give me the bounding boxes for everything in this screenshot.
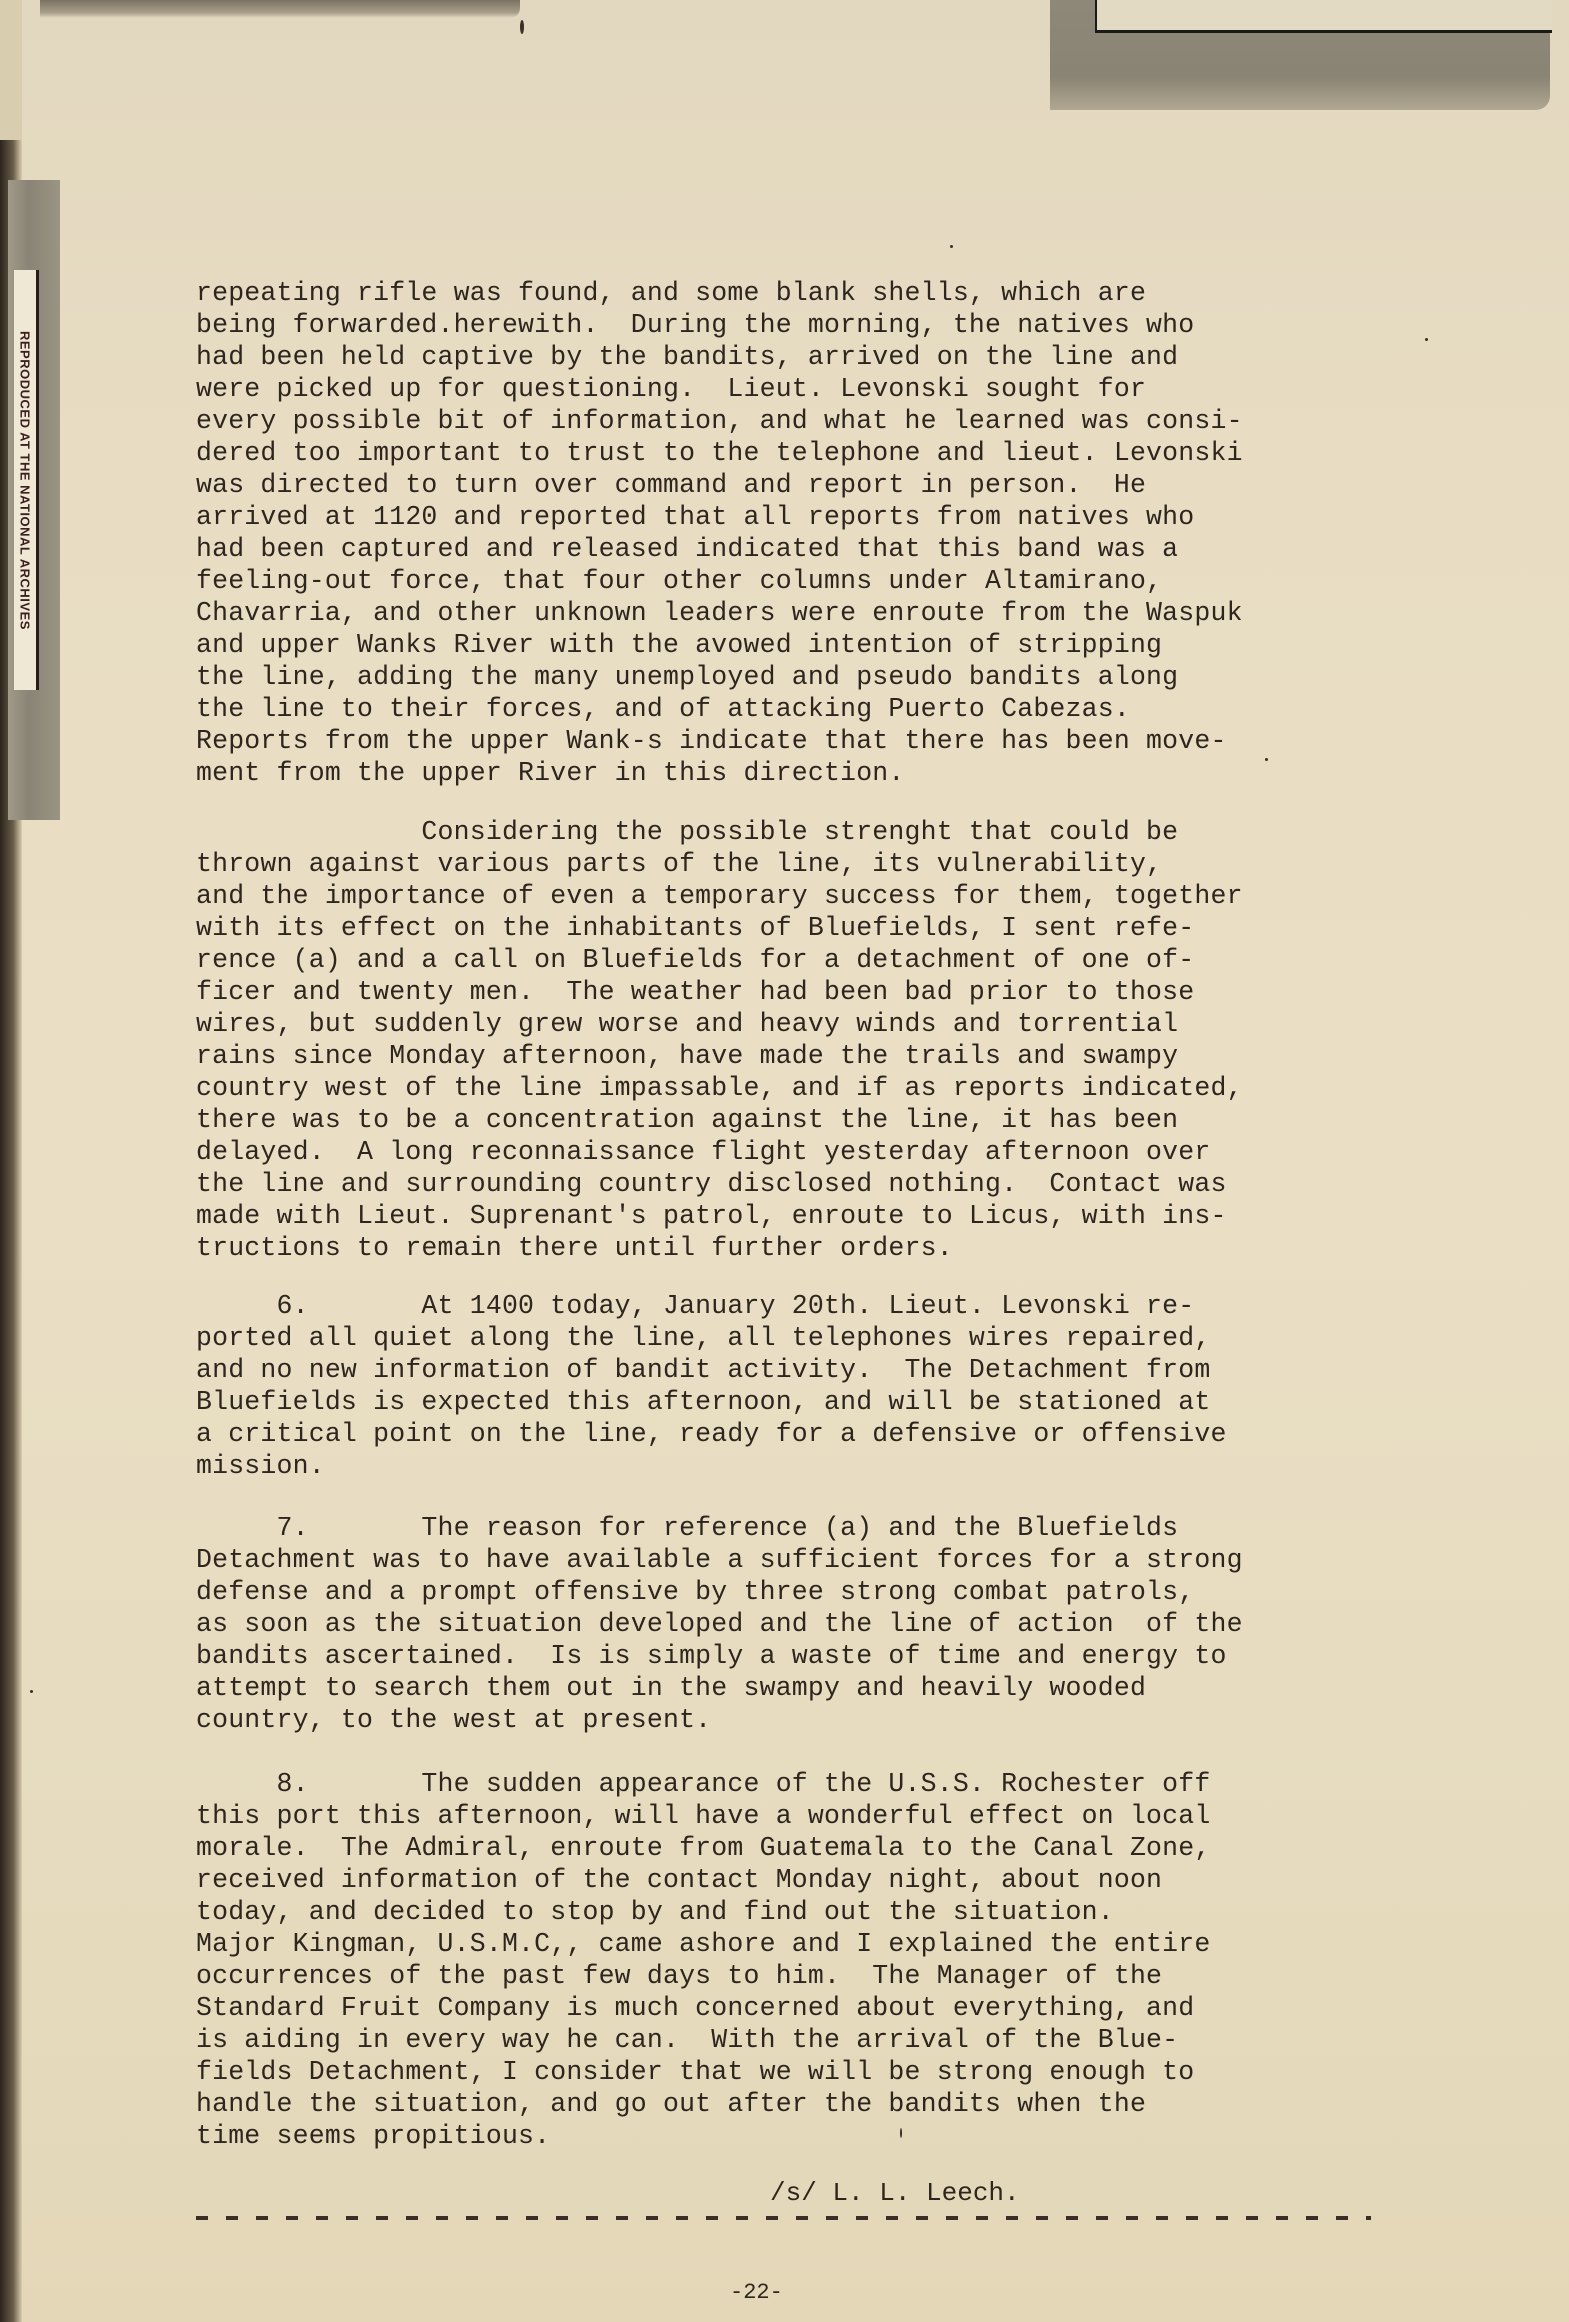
text-line: Major Kingman, U.S.M.C,, came ashore and… (196, 1928, 1210, 1960)
text-line: wires, but suddenly grew worse and heavy… (196, 1008, 1243, 1040)
text-line: Detachment was to have available a suffi… (196, 1544, 1243, 1576)
text-line: rains since Monday afternoon, have made … (196, 1040, 1243, 1072)
text-line: had been captured and released indicated… (196, 533, 1243, 565)
text-line: fields Detachment, I consider that we wi… (196, 2056, 1210, 2088)
scan-shadow-top-right (1050, 0, 1550, 110)
text-line: as soon as the situation developed and t… (196, 1608, 1243, 1640)
text-line: had been held captive by the bandits, ar… (196, 341, 1243, 373)
text-line: made with Lieut. Suprenant's patrol, enr… (196, 1200, 1243, 1232)
text-line: with its effect on the inhabitants of Bl… (196, 912, 1243, 944)
paragraph-intro-continuation: repeating rifle was found, and some blan… (196, 277, 1243, 789)
text-line: delayed. A long reconnaissance flight ye… (196, 1136, 1243, 1168)
paper-tab (1095, 0, 1552, 33)
text-line: a critical point on the line, ready for … (196, 1418, 1227, 1450)
archive-stamp-text: REPRODUCED AT THE NATIONAL ARCHIVES (18, 331, 33, 630)
text-line: Chavarria, and other unknown leaders wer… (196, 597, 1243, 629)
text-line: ment from the upper River in this direct… (196, 757, 1243, 789)
text-line: 8. The sudden appearance of the U.S.S. R… (196, 1768, 1210, 1800)
scan-speck (950, 245, 953, 248)
text-line: there was to be a concentration against … (196, 1104, 1243, 1136)
text-line: dered too important to trust to the tele… (196, 437, 1243, 469)
text-line: the line, adding the many unemployed and… (196, 661, 1243, 693)
text-line: arrived at 1120 and reported that all re… (196, 501, 1243, 533)
text-line: country west of the line impassable, and… (196, 1072, 1243, 1104)
scan-shadow-top-left (40, 0, 520, 18)
text-line: country, to the west at present. (196, 1704, 1243, 1736)
text-line: Bluefields is expected this afternoon, a… (196, 1386, 1227, 1418)
text-line: the line to their forces, and of attacki… (196, 693, 1243, 725)
text-line: ficer and twenty men. The weather had be… (196, 976, 1243, 1008)
text-line: the line and surrounding country disclos… (196, 1168, 1243, 1200)
scan-speck (1265, 758, 1268, 761)
text-line: 6. At 1400 today, January 20th. Lieut. L… (196, 1290, 1227, 1322)
paragraph-considering: Considering the possible strenght that c… (196, 816, 1243, 1264)
scan-speck (900, 2128, 902, 2138)
text-line: Reports from the upper Wank-s indicate t… (196, 725, 1243, 757)
scan-speck (520, 20, 524, 34)
text-line: bandits ascertained. Is is simply a wast… (196, 1640, 1243, 1672)
text-line: was directed to turn over command and re… (196, 469, 1243, 501)
text-line: occurrences of the past few days to him.… (196, 1960, 1210, 1992)
text-line: Standard Fruit Company is much concerned… (196, 1992, 1210, 2024)
text-line: defense and a prompt offensive by three … (196, 1576, 1243, 1608)
text-line: repeating rifle was found, and some blan… (196, 277, 1243, 309)
text-line: time seems propitious. (196, 2120, 1210, 2152)
paragraph-7: 7. The reason for reference (a) and the … (196, 1512, 1243, 1736)
text-line: morale. The Admiral, enroute from Guatem… (196, 1832, 1210, 1864)
text-line: and the importance of even a temporary s… (196, 880, 1243, 912)
text-line: received information of the contact Mond… (196, 1864, 1210, 1896)
text-line: and upper Wanks River with the avowed in… (196, 629, 1243, 661)
paragraph-6: 6. At 1400 today, January 20th. Lieut. L… (196, 1290, 1227, 1482)
text-line: 7. The reason for reference (a) and the … (196, 1512, 1243, 1544)
text-line: today, and decided to stop by and find o… (196, 1896, 1210, 1928)
archive-stamp: REPRODUCED AT THE NATIONAL ARCHIVES (14, 270, 39, 690)
text-line: Considering the possible strenght that c… (196, 816, 1243, 848)
text-line: ported all quiet along the line, all tel… (196, 1322, 1227, 1354)
text-line: thrown against various parts of the line… (196, 848, 1243, 880)
text-line: tructions to remain there until further … (196, 1232, 1243, 1264)
page-number: -22- (730, 2280, 783, 2305)
text-line: every possible bit of information, and w… (196, 405, 1243, 437)
text-line: being forwarded.herewith. During the mor… (196, 309, 1243, 341)
scan-speck (1425, 338, 1428, 341)
text-line: rence (a) and a call on Bluefields for a… (196, 944, 1243, 976)
text-line: were picked up for questioning. Lieut. L… (196, 373, 1243, 405)
text-line: is aiding in every way he can. With the … (196, 2024, 1210, 2056)
text-line: and no new information of bandit activit… (196, 1354, 1227, 1386)
text-line: feeling-out force, that four other colum… (196, 565, 1243, 597)
text-line: mission. (196, 1450, 1227, 1482)
text-line: this port this afternoon, will have a wo… (196, 1800, 1210, 1832)
signature: /s/ L. L. Leech. (770, 2178, 1020, 2208)
scan-speck (30, 1690, 33, 1693)
text-line: handle the situation, and go out after t… (196, 2088, 1210, 2120)
paragraph-8: 8. The sudden appearance of the U.S.S. R… (196, 1768, 1210, 2152)
dashed-separator (196, 2216, 1371, 2220)
text-line: attempt to search them out in the swampy… (196, 1672, 1243, 1704)
